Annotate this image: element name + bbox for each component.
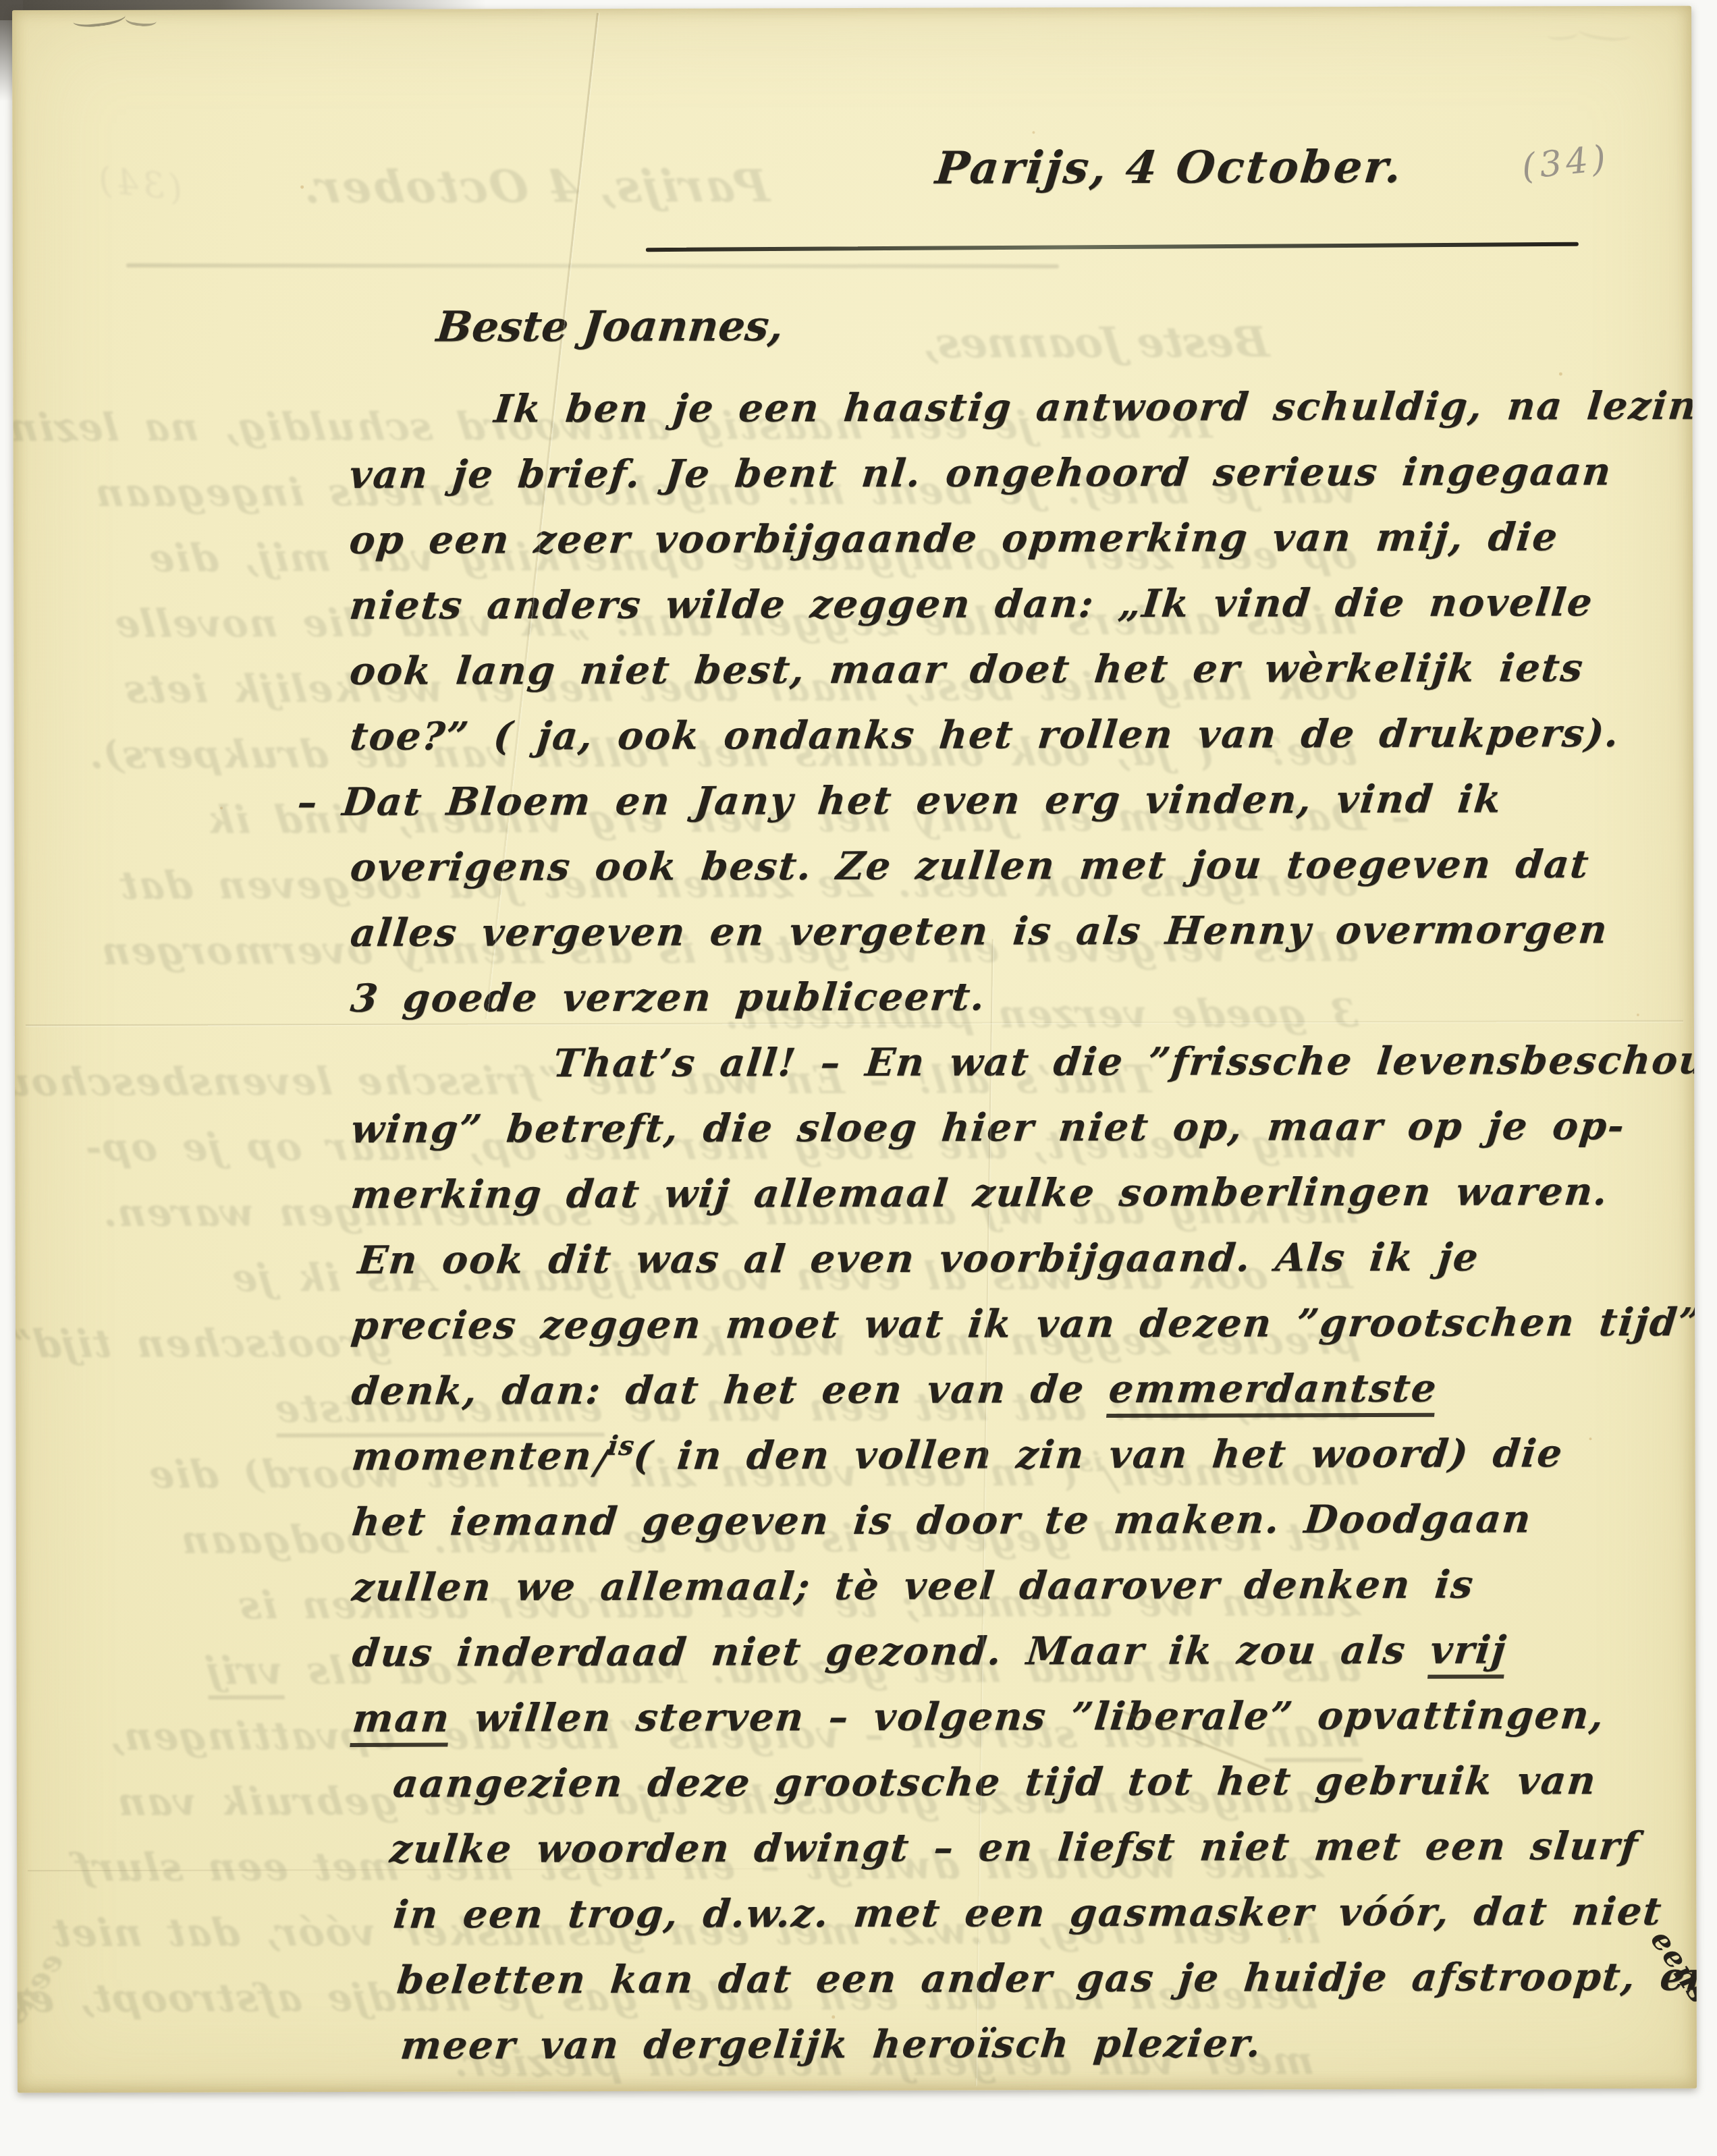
line-text: ( in den vollen zin van het woord) die [631, 1431, 1565, 1478]
line-text: beletten kan dat een ander gas je huidje… [395, 1954, 1697, 2003]
letter-line: momentenis( in den vollen zin van het wo… [349, 1420, 1697, 1489]
line-text: dus inderdaad niet gezond. Maar ik zou a… [350, 1628, 1433, 1676]
letter-body: Ik ben je een haastig antwoord schuldig,… [349, 373, 1697, 2078]
letter-line: 3 goede verzen publiceert. [348, 962, 1697, 1031]
line-text: niets anders wilde zeggen dan: „Ik vind … [348, 580, 1596, 628]
letter-line: En ook dit was al even voorbijgaand. Als… [355, 1224, 1697, 1293]
line-text: toe?” ( ja, ook ondanks het rollen van d… [348, 711, 1622, 759]
letter-line: overigens ook best. Ze zullen met jou to… [347, 831, 1697, 900]
letter-line: beletten kan dat een ander gas je huidje… [394, 1944, 1697, 2013]
line-text: in een trog, d.w.z. met een gasmasker vó… [391, 1889, 1664, 1937]
letter-line: denk, dan: dat het een van de emmerdants… [348, 1355, 1697, 1424]
letter-line: precies zeggen moet wat ik van dezen ”gr… [348, 1290, 1697, 1358]
line-text: That’s all! – En wat die ”frissche leven… [551, 1038, 1697, 1086]
salutation: Beste Joannes, [434, 301, 786, 351]
line-text: Ik ben je een haastig antwoord schuldig,… [492, 383, 1697, 432]
page-number-annotation: (34) [1520, 138, 1612, 188]
line-text: ook lang niet best, maar doet het er wèr… [348, 645, 1586, 694]
date-line: Parijs, 4 October. [933, 140, 1406, 194]
letter-line: toe?” ( ja, ook ondanks het rollen van d… [347, 700, 1697, 769]
line-text: momenten [350, 1433, 595, 1479]
letter-line: zulke woorden dwingt – en liefst niet me… [387, 1813, 1697, 1882]
letter-line: merking dat wij allemaal zulke somberlin… [348, 1159, 1697, 1227]
letter-sheet: Parijs, 4 October. (34) Beste Joannes, I… [12, 6, 1697, 2093]
letter-line: van je brief. Je bent nl. ongehoord seri… [346, 439, 1696, 507]
letter-line: op een zeer voorbijgaande opmerking van … [346, 504, 1696, 573]
letter-line: alles vergeven en vergeten is als Henny … [348, 897, 1697, 966]
underlined-word: vrij [1427, 1627, 1509, 1678]
letter-line: aangezien deze grootsche tijd tot het ge… [390, 1748, 1697, 1817]
line-text: zullen we allemaal; tè veel daarover den… [350, 1562, 1477, 1610]
line-text: meer van dergelijk heroïsch plezier. [398, 2020, 1264, 2068]
letter-line: in een trog, d.w.z. met een gasmasker vó… [390, 1879, 1697, 1947]
letter-line: That’s all! – En wat die ”frissche leven… [550, 1028, 1697, 1096]
line-text: precies zeggen moet wat ik van dezen ”gr… [350, 1300, 1697, 1348]
letter-line: niets anders wilde zeggen dan: „Ik vind … [346, 570, 1696, 638]
underlined-word: man [350, 1696, 452, 1747]
date-underline [646, 242, 1579, 252]
line-text: overigens ook best. Ze zullen met jou to… [348, 841, 1592, 890]
line-text: aangezien deze grootsche tijd tot het ge… [391, 1758, 1599, 1806]
pencil-mark [72, 8, 126, 30]
letter-face: Parijs, 4 October. (34) Beste Joannes, I… [12, 6, 1697, 2093]
inserted-word: is [592, 1431, 636, 1462]
line-text: wing” betreft, die sloeg hier niet op, m… [349, 1103, 1628, 1152]
line-text: merking dat wij allemaal zulke somberlin… [349, 1169, 1610, 1217]
letter-line: – Dat Bloem en Jany het even erg vinden,… [294, 766, 1697, 835]
line-text: alles vergeven en vergeten is als Henny … [348, 907, 1610, 956]
line-text: En ook dit was al even voorbijgaand. Als… [356, 1235, 1481, 1283]
line-text: zulke woorden dwingt – en liefst niet me… [388, 1823, 1641, 1872]
letter-line: dus inderdaad niet gezond. Maar ik zou a… [349, 1617, 1697, 1686]
letter-line: het iemand gegeven is door te maken. Doo… [349, 1486, 1697, 1555]
pencil-mark [125, 13, 157, 28]
letter-line: zullen we allemaal; tè veel daarover den… [349, 1551, 1697, 1620]
underlined-word: emmerdantste [1106, 1366, 1440, 1418]
line-text: het iemand gegeven is door te maken. Doo… [350, 1496, 1533, 1545]
letter-line: ook lang niet best, maar doet het er wèr… [347, 635, 1697, 704]
letter-line: man willen sterven – volgens ”liberale” … [350, 1682, 1697, 1751]
line-text: van je brief. Je bent nl. ongehoord seri… [347, 449, 1614, 497]
line-text: – Dat Bloem en Jany het even erg vinden,… [296, 776, 1504, 825]
line-text: 3 goede verzen publiceert. [348, 974, 988, 1020]
line-text: willen sterven – volgens ”liberale” opva… [448, 1692, 1607, 1740]
letter-line: Ik ben je een haastig antwoord schuldig,… [491, 373, 1696, 442]
line-text: denk, dan: dat het een van de [350, 1366, 1112, 1414]
line-text: op een zeer voorbijgaande opmerking van … [348, 514, 1561, 563]
paper-speckles [12, 10, 13, 11]
letter-line: wing” betreft, die sloeg hier niet op, m… [348, 1093, 1697, 1162]
letter-line: meer van dergelijk heroïsch plezier. [398, 2010, 1697, 2078]
